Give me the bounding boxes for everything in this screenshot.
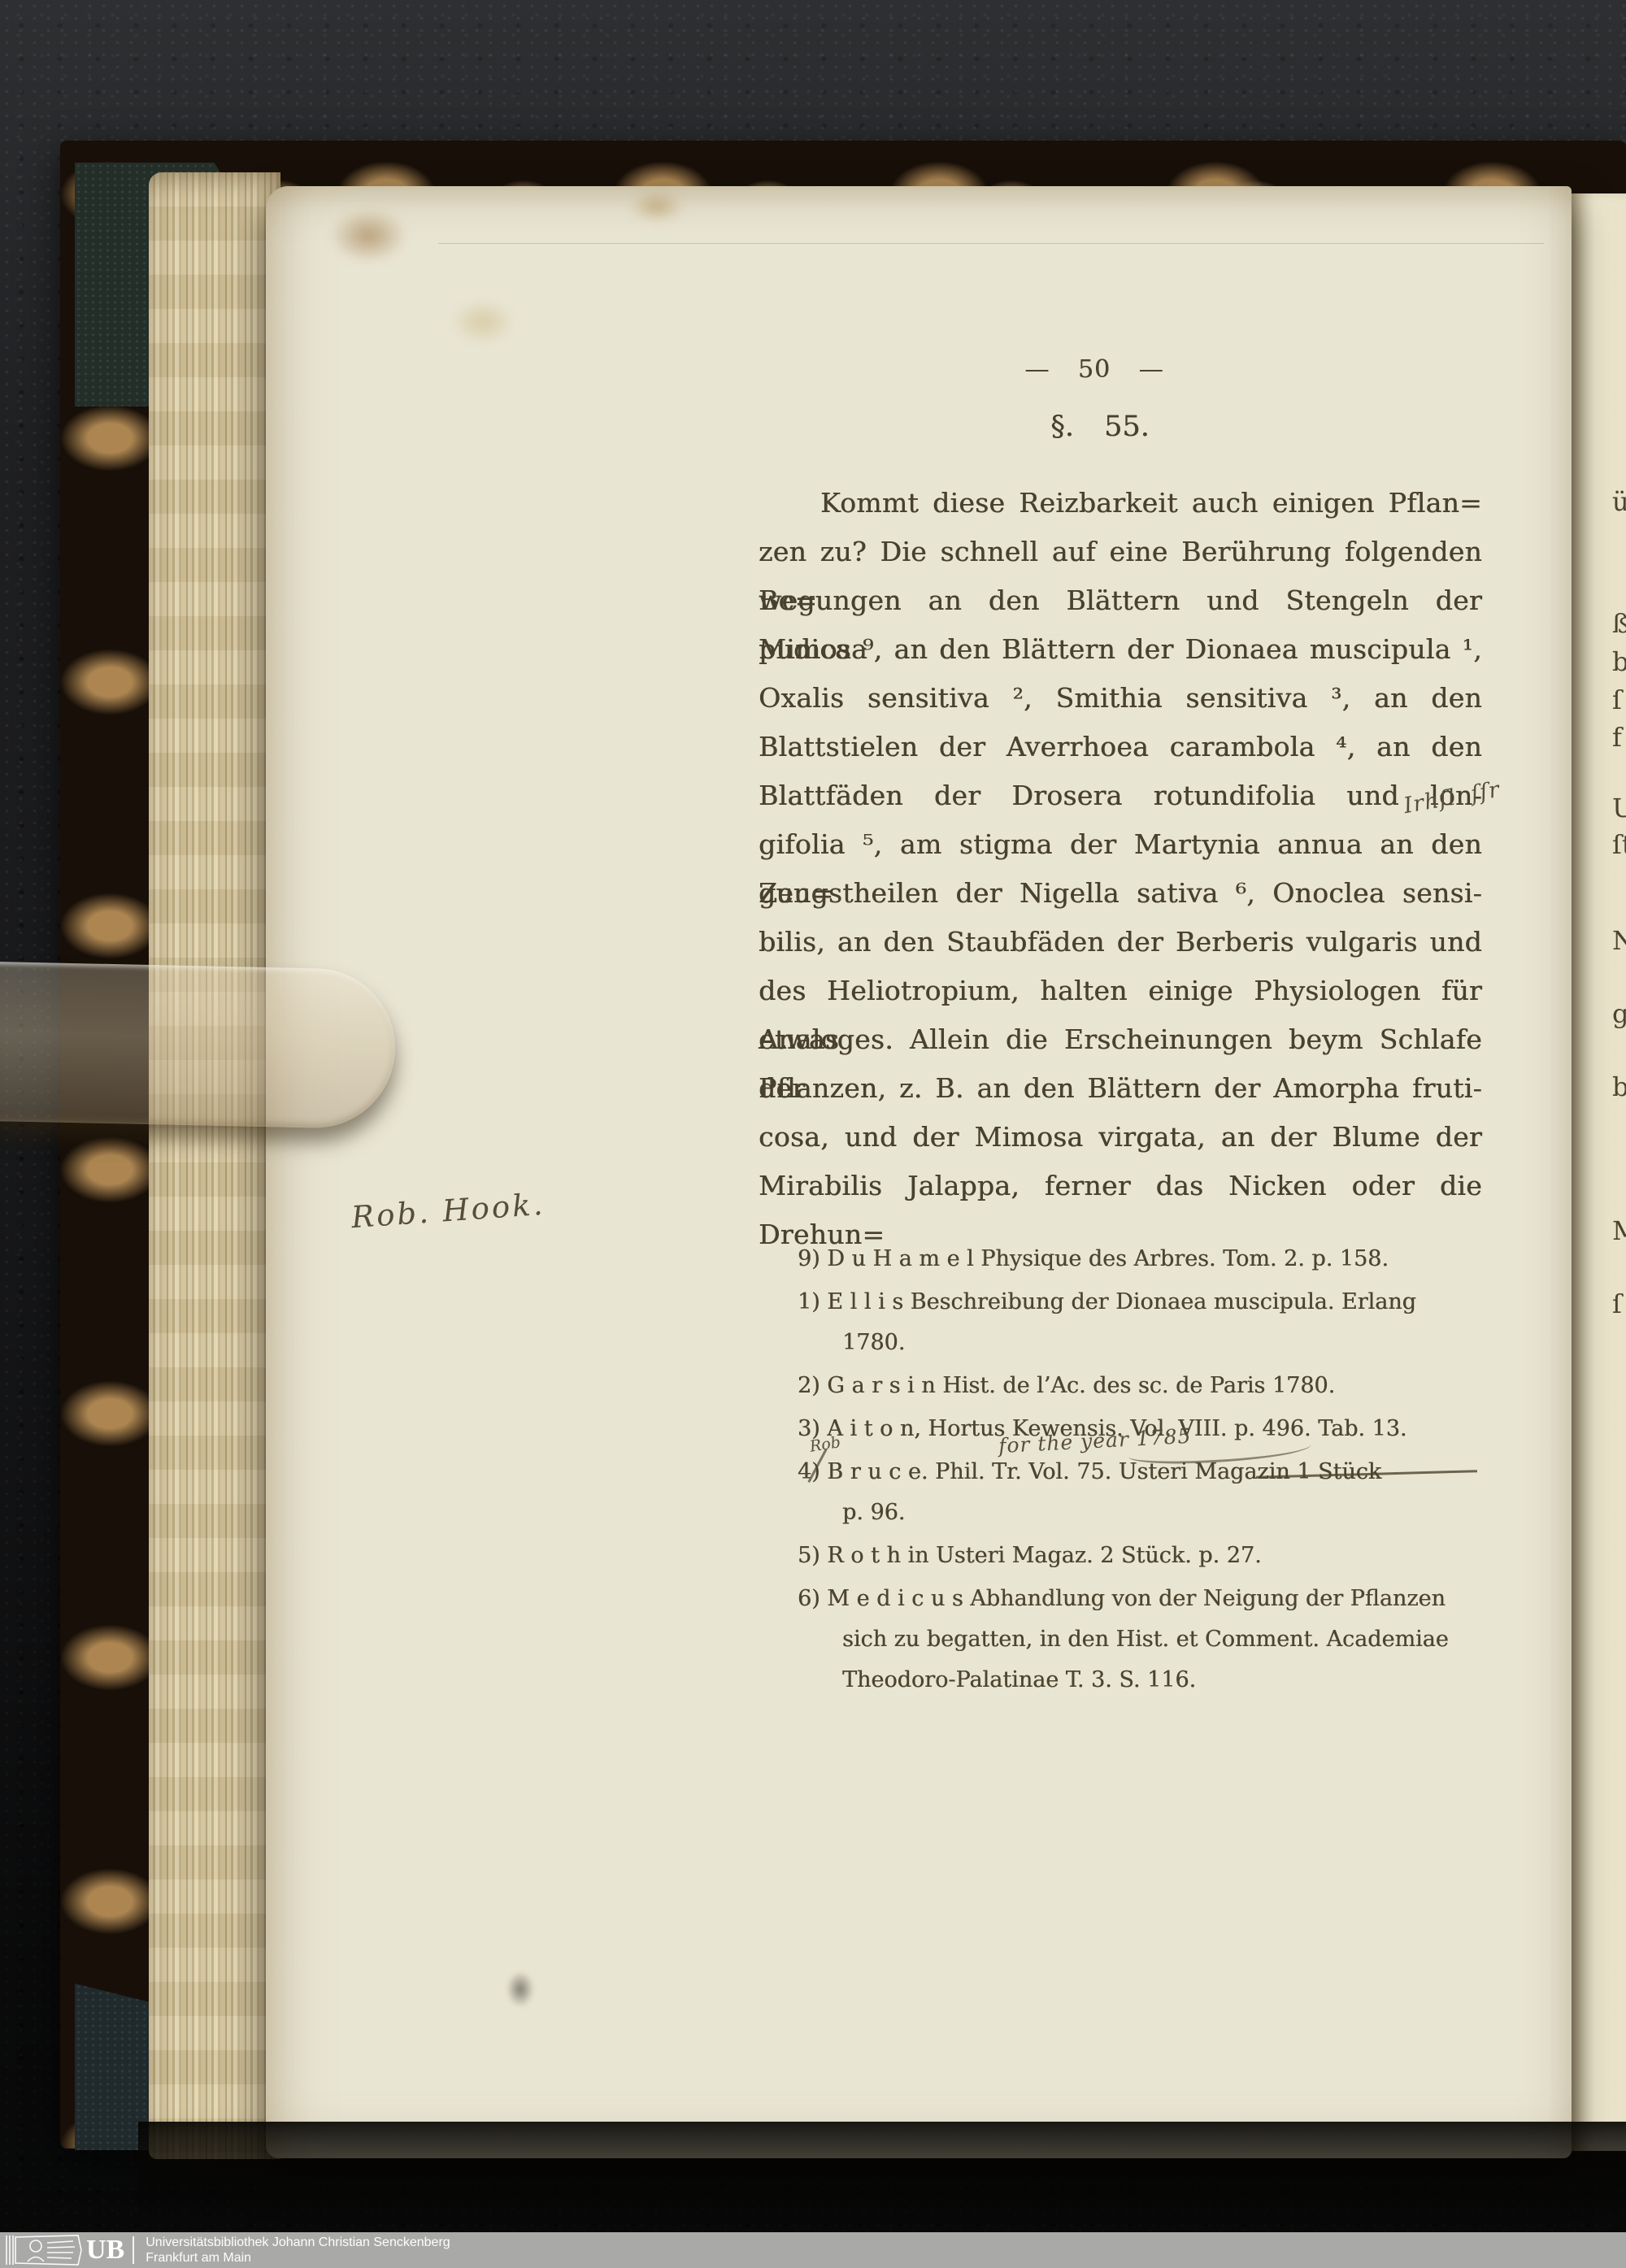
footnote: 9) D u H a m e l Physique des Arbres. To… bbox=[798, 1239, 1513, 1280]
paper-stain bbox=[329, 209, 407, 263]
paper-smudge bbox=[506, 1971, 534, 2007]
body-line: Mirabilis Jalappa, ferner das Nicken ode… bbox=[759, 1162, 1482, 1210]
partial-glyph: M bbox=[1612, 1215, 1626, 1253]
ub-logo-text: UB bbox=[86, 2232, 124, 2268]
banner-separator bbox=[133, 2236, 134, 2264]
body-line: gifolia ⁵, am stigma der Martynia annua … bbox=[759, 820, 1482, 869]
page-edges-stack bbox=[149, 172, 280, 2159]
body-line: Pflanzen, z. B. an den Blättern der Amor… bbox=[759, 1064, 1482, 1113]
partial-glyph: N bbox=[1612, 925, 1626, 962]
paper-stain bbox=[451, 300, 515, 344]
footnote: 4) B r u c e. Phil. Tr. Vol. 75. Usteri … bbox=[798, 1452, 1513, 1533]
partial-glyph: ß bbox=[1612, 608, 1626, 645]
footnote-line: 6) M e d i c u s Abhandlung von der Neig… bbox=[798, 1579, 1513, 1619]
partial-glyph: b bbox=[1612, 646, 1626, 684]
partial-glyph: ſ bbox=[1612, 684, 1626, 722]
partial-glyph: b bbox=[1612, 1071, 1626, 1109]
footnote-line: p. 96. bbox=[798, 1492, 1513, 1533]
page-number: — 50 — bbox=[759, 355, 1482, 384]
footnotes: 9) D u H a m e l Physique des Arbres. To… bbox=[798, 1239, 1513, 1703]
paper-stain bbox=[630, 191, 684, 222]
body-line: Blattstielen der Averrhoea carambola ⁴, … bbox=[759, 723, 1482, 771]
footnote: 5) R o t h in Usteri Magaz. 2 Stück. p. … bbox=[798, 1536, 1513, 1576]
footnote-line: 1) E l l i s Beschreibung der Dionaea mu… bbox=[798, 1282, 1513, 1323]
ub-logo-flag-icon bbox=[5, 2235, 83, 2266]
body-line: wegungen an den Blättern und Stengeln de… bbox=[759, 576, 1482, 625]
partial-glyph: f bbox=[1612, 722, 1626, 759]
footnote: 1) E l l i s Beschreibung der Dionaea mu… bbox=[798, 1282, 1513, 1363]
footnote-line: 5) R o t h in Usteri Magaz. 2 Stück. p. … bbox=[798, 1536, 1513, 1576]
footnote-line: 1780. bbox=[798, 1323, 1513, 1363]
footnote: 6) M e d i c u s Abhandlung von der Neig… bbox=[798, 1579, 1513, 1701]
facing-page-edge: üßbſfUſtNgbMſ bbox=[1572, 193, 1626, 2151]
footnote-line: Theodoro-Palatinae T. 3. S. 116. bbox=[798, 1660, 1513, 1701]
body-line: Oxalis sensitiva ², Smithia sensitiva ³,… bbox=[759, 674, 1482, 723]
section-heading: §. 55. bbox=[759, 411, 1482, 443]
partial-glyph: ſ bbox=[1612, 1288, 1626, 1326]
body-line: pudica ⁹, an den Blättern der Dionaea mu… bbox=[759, 625, 1482, 674]
body-line: gungstheilen der Nigella sativa ⁶, Onocl… bbox=[759, 869, 1482, 918]
footnote-line: 2) G a r s i n Hist. de l’Ac. des sc. de… bbox=[798, 1366, 1513, 1406]
library-caption: Universitätsbibliothek Johann Christian … bbox=[146, 2235, 450, 2266]
body-line: Analoges. Allein die Erscheinungen beym … bbox=[759, 1015, 1482, 1064]
library-city: Frankfurt am Main bbox=[146, 2250, 450, 2266]
footnote-line: sich zu begatten, in den Hist. et Commen… bbox=[798, 1619, 1513, 1660]
footnote-line: 9) D u H a m e l Physique des Arbres. To… bbox=[798, 1239, 1513, 1280]
partial-glyph: g bbox=[1612, 998, 1626, 1036]
book-bottom-shadow bbox=[138, 2122, 1626, 2235]
body-line: Blattfäden der Drosera rotundifolia und … bbox=[759, 771, 1482, 820]
body-line: cosa, und der Mimosa virgata, an der Blu… bbox=[759, 1113, 1482, 1162]
partial-glyph: U bbox=[1612, 793, 1626, 830]
body-line: zen zu? Die schnell auf eine Berührung f… bbox=[759, 528, 1482, 576]
footnote: 2) G a r s i n Hist. de l’Ac. des sc. de… bbox=[798, 1366, 1513, 1406]
digitized-book-scan: üßbſfUſtNgbMſ — 50 — §. 55. Kommt diese … bbox=[0, 0, 1626, 2268]
partial-glyph: ü bbox=[1612, 486, 1626, 524]
library-watermark-banner: UB Universitätsbibliothek Johann Christi… bbox=[0, 2232, 1626, 2268]
body-line: des Heliotropium, halten einige Physiolo… bbox=[759, 967, 1482, 1015]
library-name: Universitätsbibliothek Johann Christian … bbox=[146, 2235, 450, 2250]
body-line: Kommt diese Reizbarkeit auch einigen Pfl… bbox=[759, 479, 1482, 528]
partial-glyph: ſt bbox=[1612, 829, 1626, 867]
plate-impression-line bbox=[438, 243, 1544, 244]
body-text: Kommt diese Reizbarkeit auch einigen Pfl… bbox=[759, 479, 1482, 1210]
acrylic-page-holder bbox=[0, 962, 397, 1129]
body-line: bilis, an den Staubfäden der Berberis vu… bbox=[759, 918, 1482, 967]
